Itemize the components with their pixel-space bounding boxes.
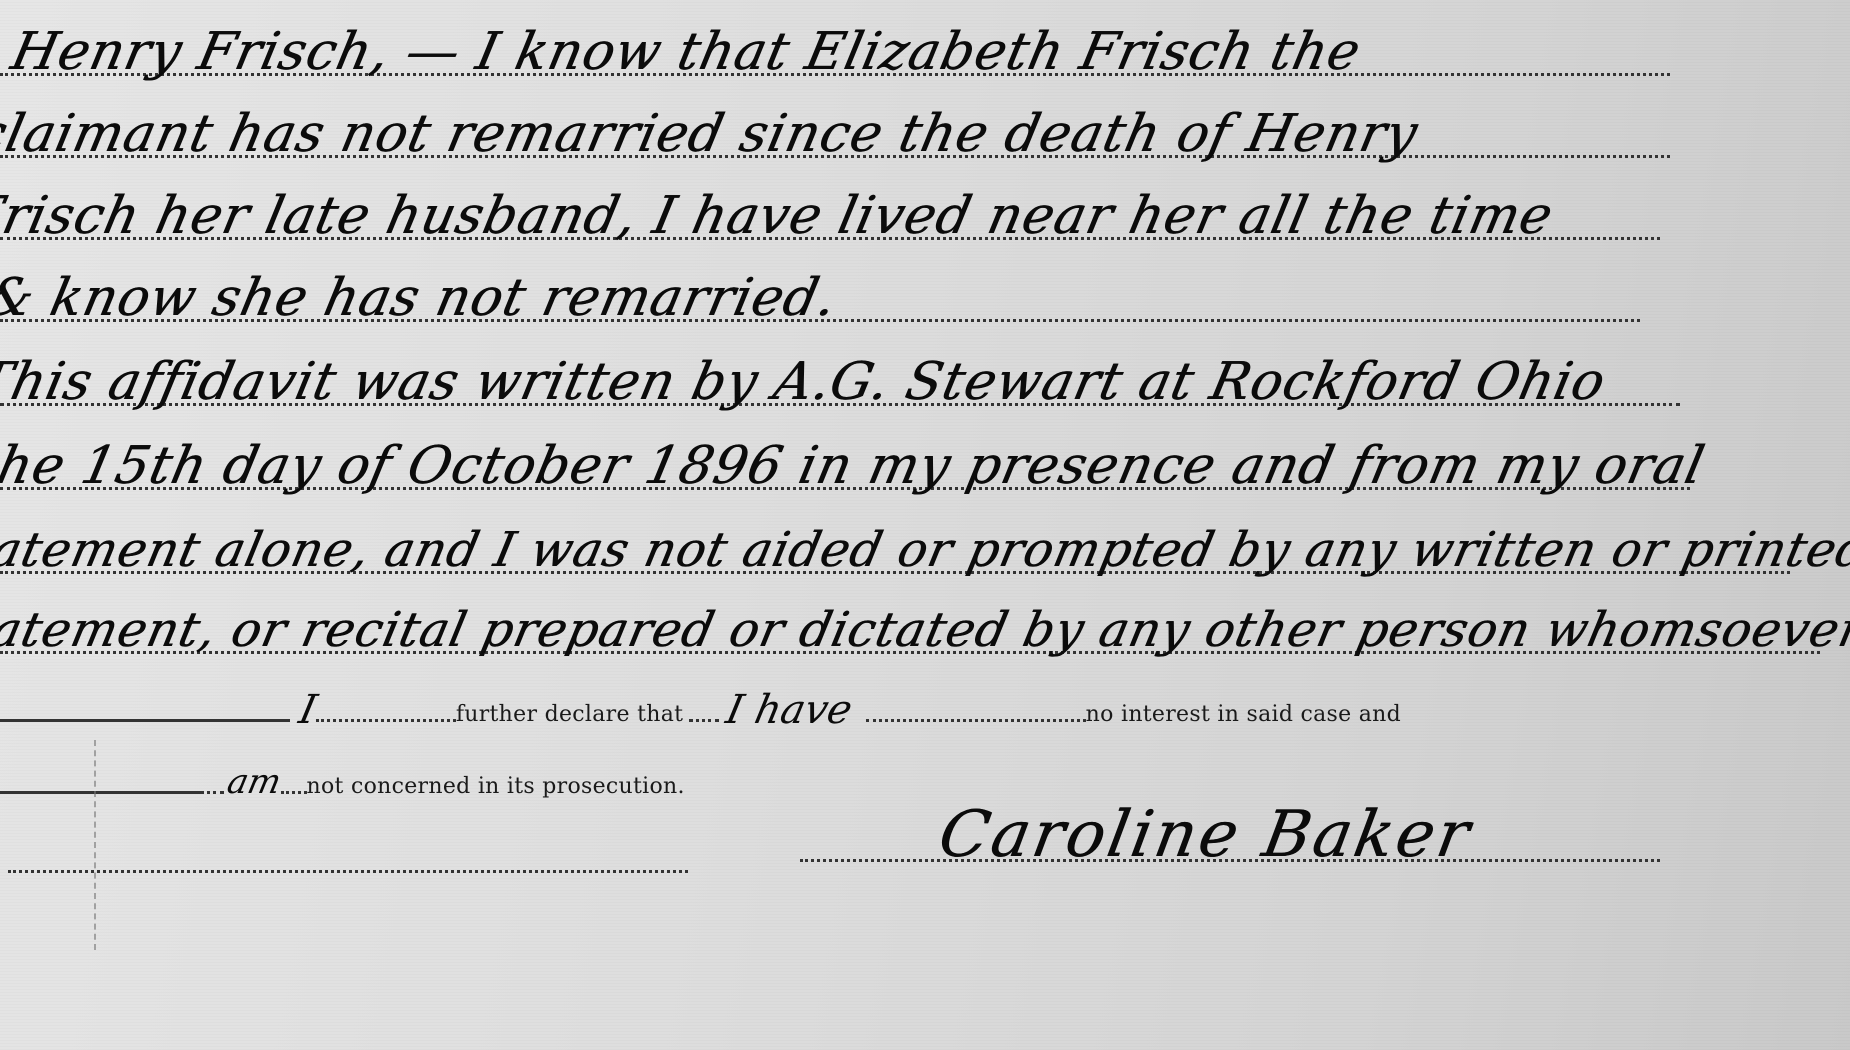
handwritten-text: Frisch her late husband, I have lived ne… [0, 186, 1558, 246]
handwritten-text: This affidavit was written by A.G. Stewa… [0, 352, 1611, 412]
concern-printed: not concerned in its prosecution. [307, 772, 685, 802]
blank-dash [0, 791, 200, 794]
handwritten-text: statement, or recital prepared or dictat… [0, 600, 1850, 660]
handwritten-text: statement alone, and I was not aided or … [0, 520, 1850, 580]
declaration-printed-1: further declare that [456, 700, 683, 730]
concern-line: am not concerned in its prosecution. [0, 762, 685, 802]
handwritten-line-5: This affidavit was written by A.G. Stewa… [0, 352, 1700, 412]
handwritten-line-2: claimant has not remarried since the dea… [0, 104, 1700, 164]
dotted-blank [281, 791, 307, 794]
handwritten-text: the 15th day of October 1896 in my prese… [0, 436, 1710, 496]
declaration-fill-1: I [296, 690, 320, 730]
handwritten-text: Henry Frisch, — I know that Elizabeth Fr… [6, 22, 1366, 82]
signature-line: Caroline Baker [800, 800, 1471, 870]
handwritten-line-3: Frisch her late husband, I have lived ne… [0, 186, 1700, 246]
handwritten-line-1: Henry Frisch, — I know that Elizabeth Fr… [0, 22, 1700, 82]
dotted-blank [866, 719, 1086, 722]
handwritten-line-6: the 15th day of October 1896 in my prese… [0, 436, 1700, 496]
witness-blank-line [8, 870, 688, 881]
dotted-blank [8, 870, 688, 873]
signature: Caroline Baker [934, 800, 1477, 870]
declaration-line: I further declare that I have no interes… [0, 690, 1401, 730]
handwritten-line-8: statement, or recital prepared or dictat… [0, 600, 1830, 660]
declaration-printed-2: no interest in said case and [1086, 700, 1401, 730]
dotted-blank [316, 719, 456, 722]
concern-fill: am [224, 762, 285, 802]
handwritten-line-7: statement alone, and I was not aided or … [0, 520, 1800, 580]
declaration-fill-2: I have [723, 690, 856, 730]
document-page: Henry Frisch, — I know that Elizabeth Fr… [0, 0, 1850, 1050]
blank-dash [0, 719, 290, 722]
dotted-blank [689, 719, 719, 722]
dotted-blank [200, 791, 224, 794]
handwritten-text: & know she has not remarried. [0, 268, 842, 328]
handwritten-line-4: & know she has not remarried. [0, 268, 1650, 328]
margin-rule [94, 740, 96, 950]
handwritten-text: claimant has not remarried since the dea… [0, 104, 1423, 164]
